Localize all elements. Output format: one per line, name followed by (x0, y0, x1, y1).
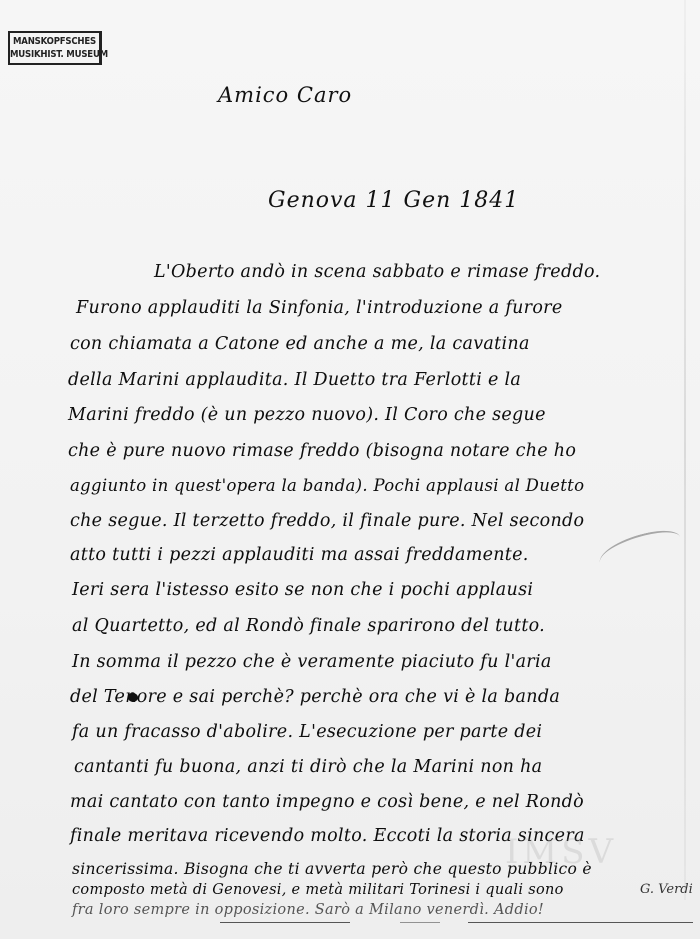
bottom-rule (468, 922, 693, 923)
bottom-rule (220, 922, 350, 923)
museum-stamp: MANSKOPFSCHES MUSIKHIST. MUSEUM (8, 31, 102, 65)
page-edge (684, 0, 686, 900)
stamp-line-2: MUSIKHIST. MUSEUM (10, 48, 99, 61)
letter-line: Marini freddo (è un pezzo nuovo). Il Cor… (68, 405, 546, 425)
letter-line: In somma il pezzo che è veramente piaciu… (72, 652, 552, 672)
letter-line: composto metà di Genovesi, e metà milita… (72, 882, 564, 898)
letter-line: sincerissima. Bisogna che ti avverta per… (72, 860, 592, 878)
letter-page: MANSKOPFSCHES MUSIKHIST. MUSEUM Amico Ca… (0, 0, 700, 939)
letter-line: L'Oberto andò in scena sabbato e rimase … (154, 262, 600, 282)
letter-line: del Tenore e sai perchè? perchè ora che … (70, 687, 560, 707)
letter-line: che segue. Il terzetto freddo, il finale… (70, 511, 584, 531)
ink-blot (128, 693, 138, 702)
letter-line: aggiunto in quest'opera la banda). Pochi… (70, 476, 584, 495)
letter-line: della Marini applaudita. Il Duetto tra F… (68, 370, 521, 390)
letter-line: fa un fracasso d'abolire. L'esecuzione p… (72, 722, 542, 742)
bottom-rule (400, 922, 440, 923)
letter-line: al Quartetto, ed al Rondò finale spariro… (72, 616, 545, 636)
letter-line: che è pure nuovo rimase freddo (bisogna … (68, 441, 576, 461)
letter-line: finale meritava ricevendo molto. Eccoti … (70, 826, 585, 846)
stamp-line-1: MANSKOPFSCHES (10, 35, 99, 48)
letter-line: con chiamata a Catone ed anche a me, la … (70, 334, 530, 354)
letter-line: mai cantato con tanto impegno e così ben… (70, 792, 584, 812)
signature: G. Verdi (640, 882, 693, 897)
letter-line: fra loro sempre in opposizione. Sarò a M… (72, 902, 544, 918)
letter-line: atto tutti i pezzi applauditi ma assai f… (70, 545, 529, 565)
letter-line: cantanti fu buona, anzi ti dirò che la M… (74, 757, 542, 777)
letter-line: Furono applauditi la Sinfonia, l'introdu… (76, 298, 563, 318)
letter-line: Ieri sera l'istesso esito se non che i p… (72, 580, 533, 600)
dateline: Genova 11 Gen 1841 (268, 188, 519, 213)
paper-tear (596, 525, 685, 574)
salutation: Amico Caro (218, 83, 352, 107)
